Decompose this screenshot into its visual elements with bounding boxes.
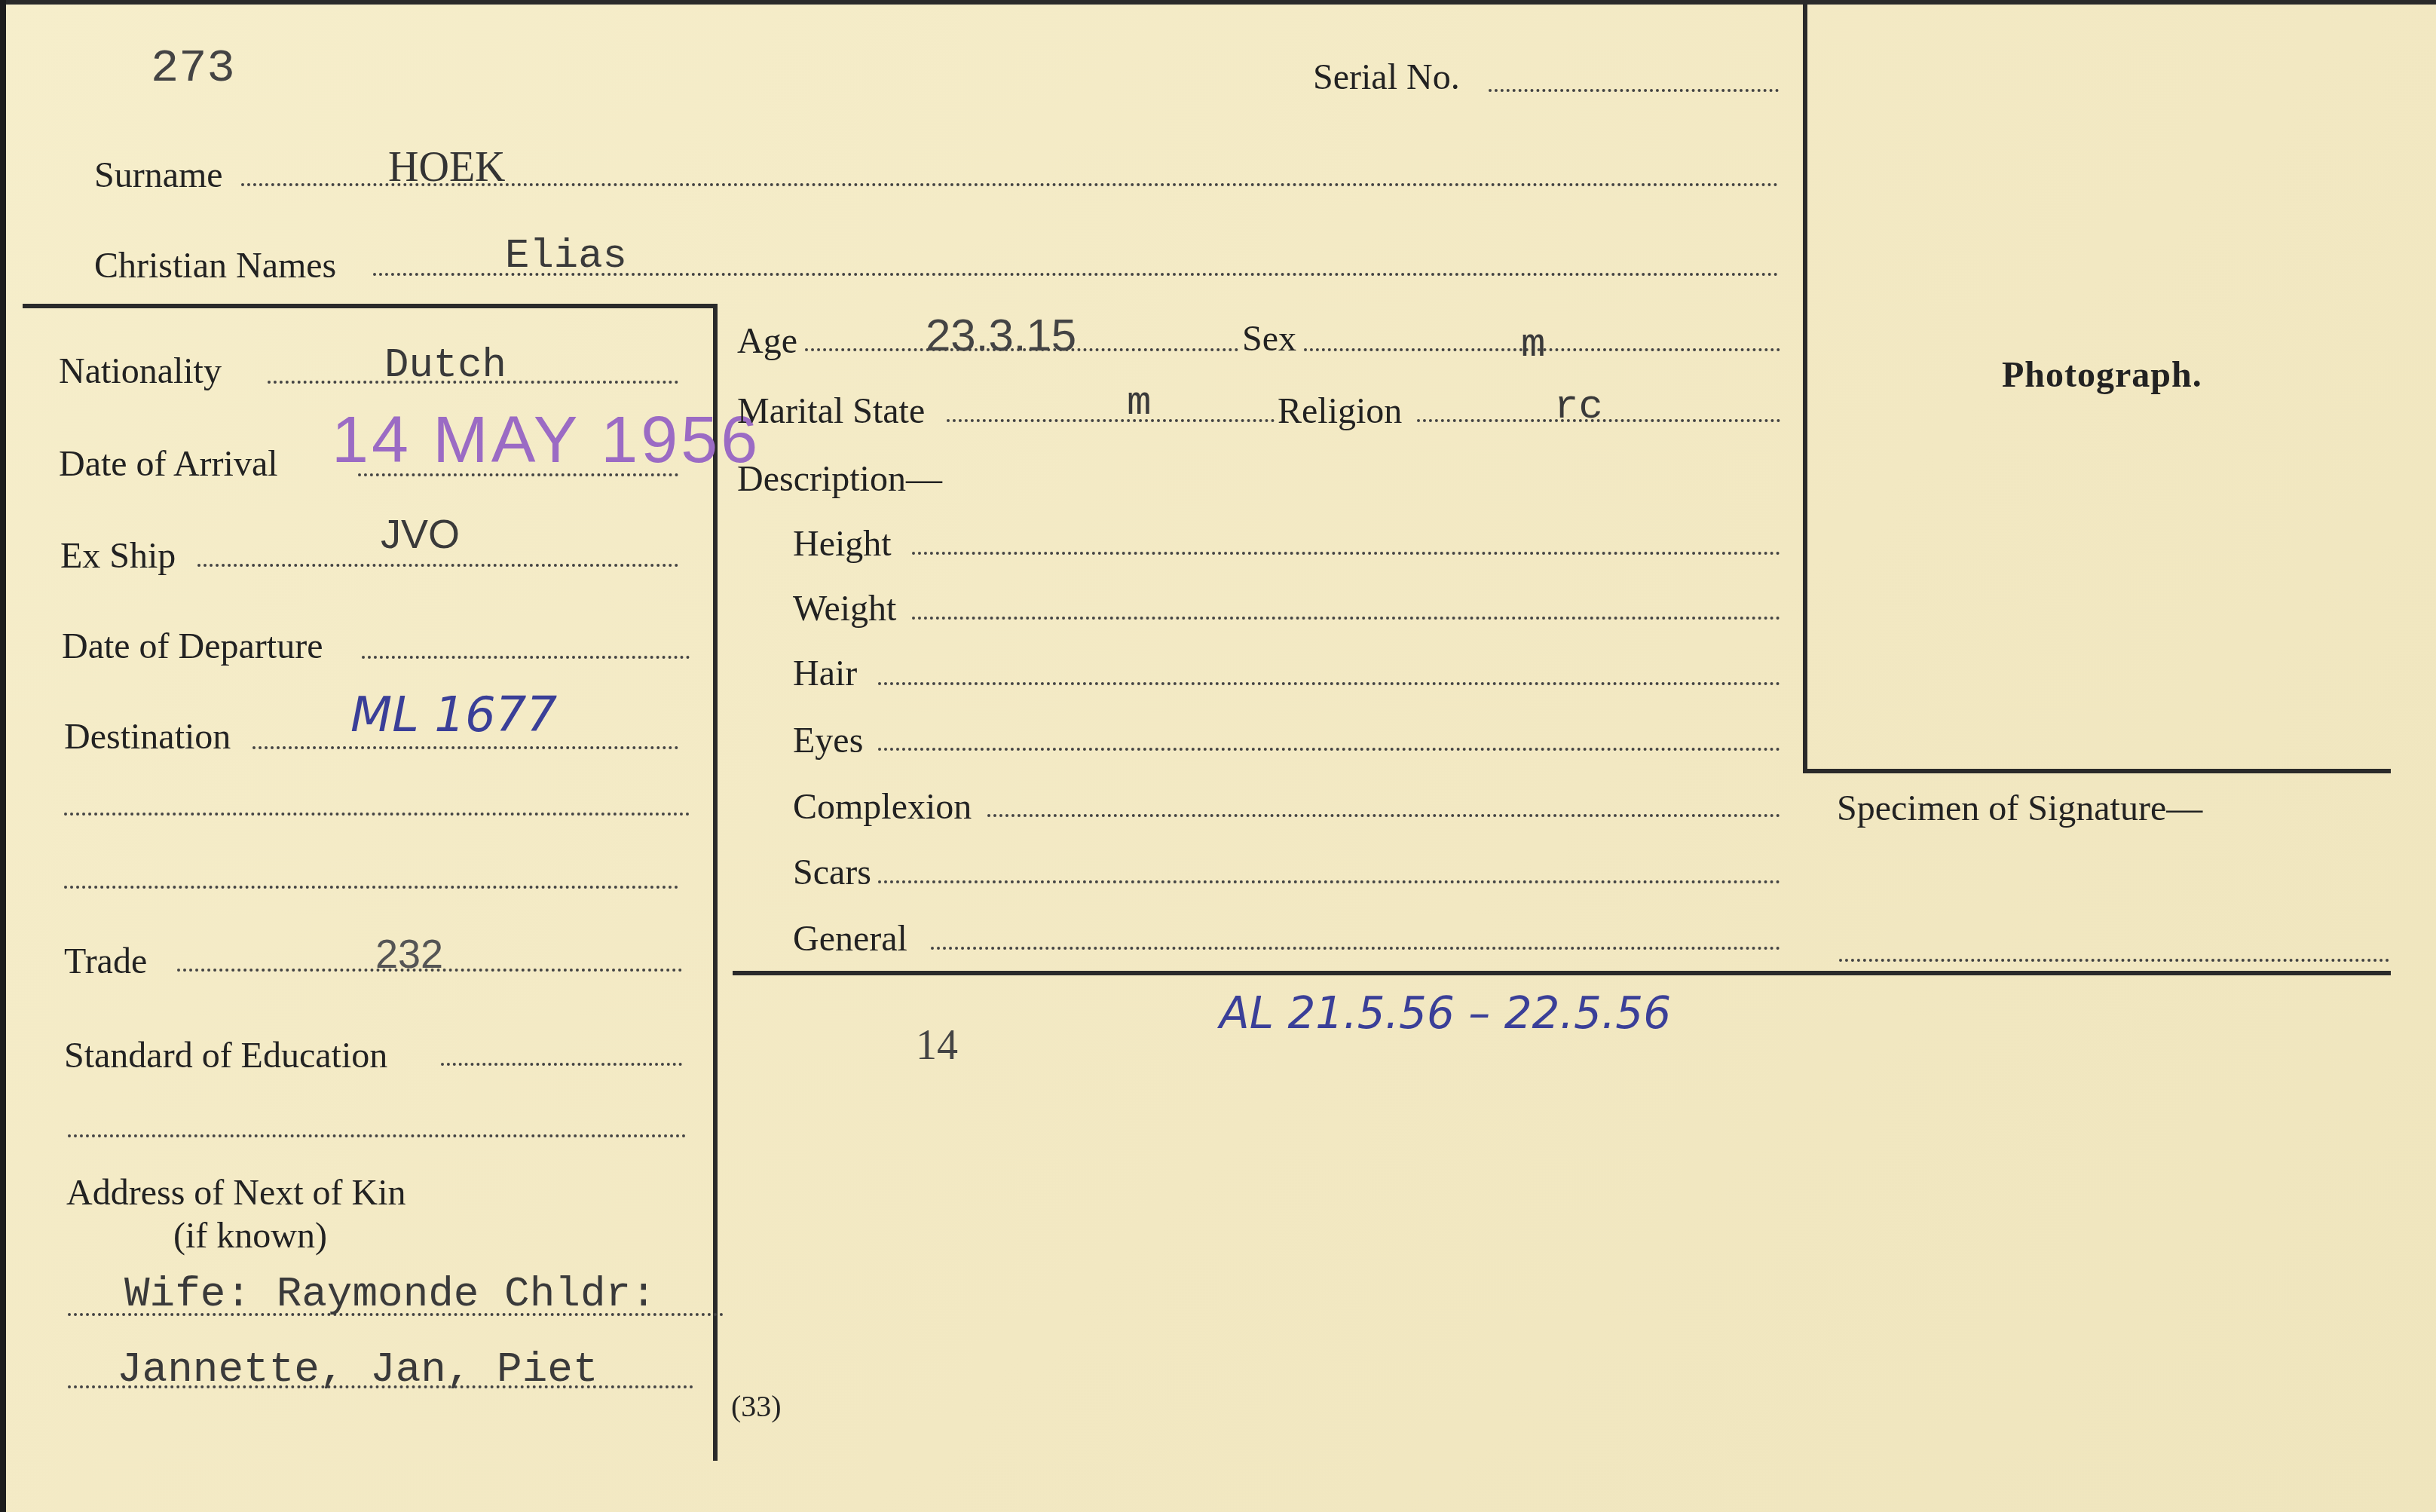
marital-state-value: m <box>1127 381 1151 427</box>
description-bottom-rule <box>733 971 2391 975</box>
hair-dotted-line <box>878 682 1780 685</box>
destination-dotted-line <box>252 746 678 749</box>
trade-label: Trade <box>64 941 147 982</box>
ex-ship-dotted-line <box>197 564 678 567</box>
photograph-label: Photograph. <box>2002 354 2202 396</box>
arrival-date-stamp: 14 MAY 1956 <box>332 401 760 478</box>
signature-label: Specimen of Signature— <box>1837 788 2202 829</box>
next-of-kin-line-2: Jannette, Jan, Piet <box>117 1345 598 1394</box>
ex-ship-value: JVO <box>381 511 460 558</box>
date-of-arrival-label: Date of Arrival <box>59 443 278 485</box>
serial-label: Serial No. <box>1313 57 1460 98</box>
religion-label: Religion <box>1278 390 1402 432</box>
scars-label: Scars <box>793 852 871 893</box>
standard-of-education-label: Standard of Education <box>64 1035 387 1076</box>
scars-dotted-line <box>878 880 1780 883</box>
sex-label: Sex <box>1242 318 1296 360</box>
destination-label: Destination <box>64 716 231 758</box>
christian-names-value: Elias <box>505 234 627 280</box>
height-label: Height <box>793 523 892 565</box>
card-number: 273 <box>151 41 235 95</box>
trade-value: 232 <box>375 931 443 978</box>
surname-label: Surname <box>94 155 223 196</box>
card-top-edge <box>0 0 2436 5</box>
left-box-top-rule <box>23 304 716 308</box>
ex-ship-label: Ex Ship <box>60 535 176 577</box>
weight-dotted-line <box>912 617 1780 620</box>
blank-dotted-line-1 <box>64 813 690 816</box>
signature-dotted-line <box>1839 959 2389 962</box>
date-of-departure-label: Date of Departure <box>62 626 323 667</box>
age-label: Age <box>737 320 797 362</box>
complexion-label: Complexion <box>793 786 972 828</box>
destination-value: ML 1677 <box>350 687 557 743</box>
surname-value: HOEK <box>388 143 506 191</box>
marital-state-label: Marital State <box>737 390 925 432</box>
next-of-kin-label: Address of Next of Kin <box>66 1172 406 1214</box>
christian-names-label: Christian Names <box>94 245 336 286</box>
serial-dotted-line <box>1489 89 1779 92</box>
general-label: General <box>793 918 907 960</box>
next-of-kin-sublabel: (if known) <box>173 1215 327 1256</box>
nationality-label: Nationality <box>59 350 222 392</box>
description-label: Description— <box>737 458 942 500</box>
registration-card: 273 Serial No. Surname HOEK Christian Na… <box>0 0 2436 1512</box>
date-of-departure-dotted-line <box>362 656 690 659</box>
blank-dotted-line-2 <box>64 886 678 889</box>
education-dotted-line-2 <box>68 1134 686 1137</box>
religion-value: rc <box>1554 384 1603 430</box>
complexion-dotted-line <box>987 814 1780 817</box>
nationality-value: Dutch <box>384 343 506 389</box>
eyes-dotted-line <box>878 748 1780 751</box>
handwritten-note: AL 21.5.56 – 22.5.56 <box>1220 987 1671 1039</box>
age-value: 23.3.15 <box>926 309 1076 361</box>
hair-label: Hair <box>793 653 857 694</box>
general-dotted-line <box>931 947 1780 950</box>
marital-state-dotted-line <box>947 419 1275 422</box>
form-code: (33) <box>731 1388 782 1424</box>
card-left-edge <box>0 0 6 1512</box>
photo-box-bottom-rule <box>1803 769 2391 773</box>
weight-label: Weight <box>793 588 896 629</box>
height-dotted-line <box>912 552 1780 555</box>
sex-value: m <box>1521 323 1545 369</box>
photo-box-left-rule <box>1803 0 1807 773</box>
eyes-label: Eyes <box>793 720 863 761</box>
next-of-kin-line-1: Wife: Raymonde Chldr: <box>124 1270 656 1318</box>
education-dotted-line <box>441 1063 682 1066</box>
note-number: 14 <box>916 1021 958 1070</box>
